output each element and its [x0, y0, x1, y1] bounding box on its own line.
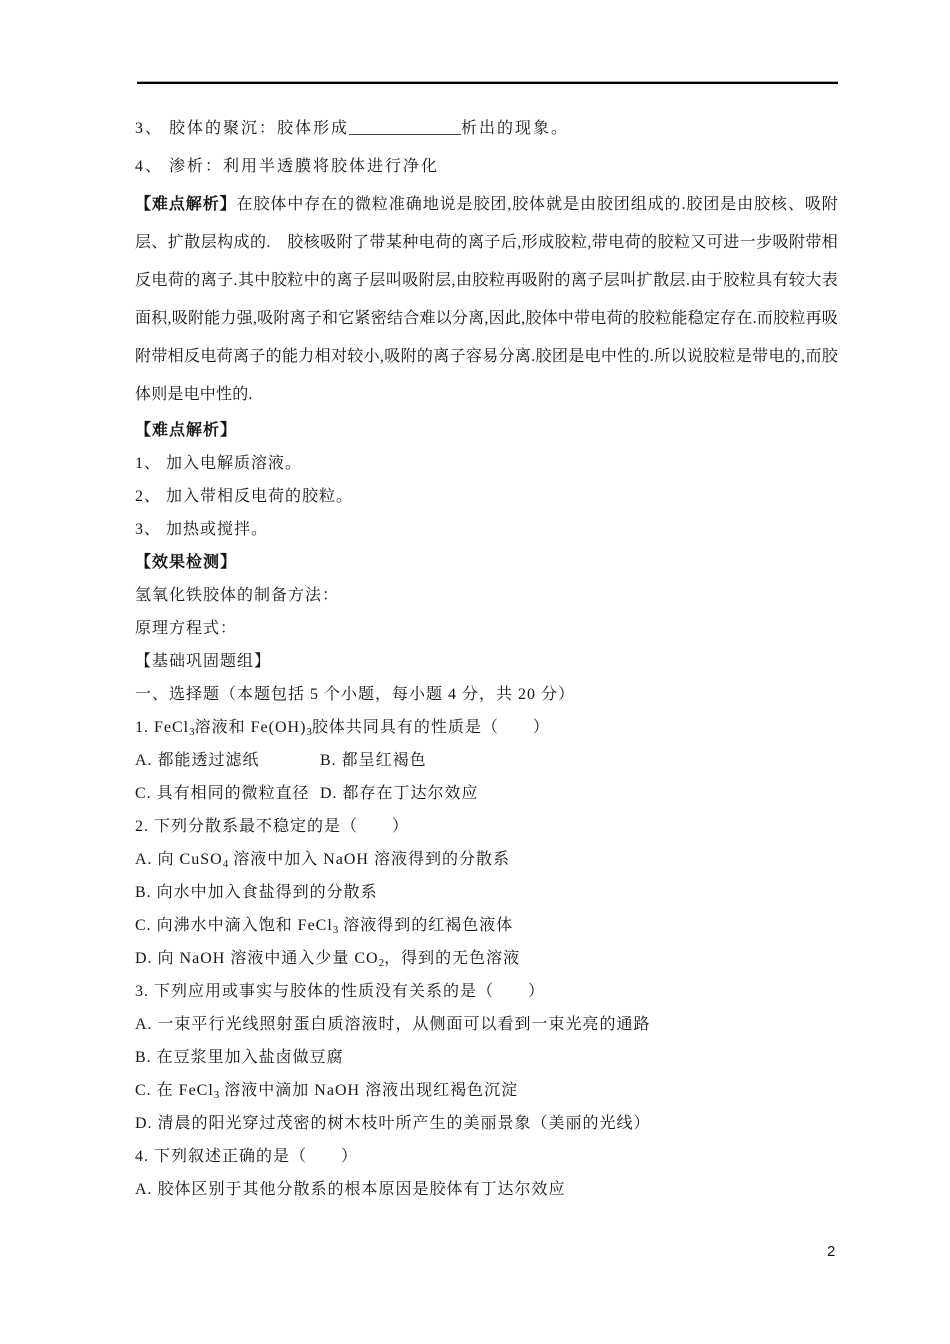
choice-section-title: 一、选择题（本题包括 5 个小题，每小题 4 分，共 20 分） — [135, 678, 838, 711]
question-2-option-d: D. 向 NaOH 溶液中通入少量 CO2，得到的无色溶液 — [135, 942, 838, 975]
list-item-dialysis: 4、 渗析：利用半透膜将胶体进行净化 — [135, 148, 838, 186]
difficulty-note-label: 【难点解析】 — [135, 196, 237, 213]
coagulation-method-3: 3、 加热或搅拌。 — [135, 513, 838, 546]
question-2-option-d-pre: D. 向 NaOH 溶液中通入少量 CO — [135, 950, 379, 967]
question-1-options-row-cd: C. 具有相同的微粒直径 D. 都存在丁达尔效应 — [135, 777, 838, 810]
question-3-option-c-pre: C. 在 FeCl — [135, 1082, 214, 1099]
question-2-stem: 2. 下列分散系最不稳定的是（ ） — [135, 810, 838, 843]
question-3-option-d: D. 清晨的阳光穿过茂密的树木枝叶所产生的美丽景象（美丽的光线） — [135, 1107, 838, 1140]
question-1-option-b: B. 都呈红褐色 — [320, 744, 427, 777]
question-1-option-a: A. 都能透过滤纸 — [135, 744, 320, 777]
question-4-option-a: A. 胶体区别于其他分散系的根本原因是胶体有丁达尔效应 — [135, 1173, 838, 1206]
question-2-option-a-pre: A. 向 CuSO — [135, 851, 223, 868]
question-3-option-c-post: 溶液中滴加 NaOH 溶液出现红褐色沉淀 — [219, 1082, 518, 1099]
principle-equation-line: 原理方程式： — [135, 612, 838, 645]
coagulation-method-1: 1、 加入电解质溶液。 — [135, 447, 838, 480]
difficulty-analysis-note: 【难点解析】在胶体中存在的微粒准确地说是胶团,胶体就是由胶团组成的.胶团是由胶核… — [135, 186, 838, 414]
question-1-option-d: D. 都存在丁达尔效应 — [320, 777, 479, 810]
question-2-option-c-post: 溶液得到的红褐色液体 — [338, 917, 513, 934]
page-number: 2 — [827, 1243, 835, 1260]
question-3-option-a: A. 一束平行光线照射蛋白质溶液时，从侧面可以看到一束光亮的通路 — [135, 1008, 838, 1041]
question-3-option-c: C. 在 FeCl3 溶液中滴加 NaOH 溶液出现红褐色沉淀 — [135, 1074, 838, 1107]
effect-check-header: 【效果检测】 — [135, 546, 838, 579]
question-2-option-c-pre: C. 向沸水中滴入饱和 FeCl — [135, 917, 333, 934]
page-content: 3、 胶体的聚沉：胶体形成______________析出的现象。 4、 渗析：… — [135, 110, 838, 1206]
question-2-option-d-post: ，得到的无色溶液 — [384, 950, 520, 967]
question-3-stem: 3. 下列应用或事实与胶体的性质没有关系的是（ ） — [135, 975, 838, 1008]
question-3-option-b: B. 在豆浆里加入盐卤做豆腐 — [135, 1041, 838, 1074]
question-1-options-row-ab: A. 都能透过滤纸 B. 都呈红褐色 — [135, 744, 838, 777]
list-item-coagulation-definition: 3、 胶体的聚沉：胶体形成______________析出的现象。 — [135, 110, 838, 148]
question-1-stem-post: 胶体共同具有的性质是（ ） — [312, 719, 550, 736]
question-2-option-c: C. 向沸水中滴入饱和 FeCl3 溶液得到的红褐色液体 — [135, 909, 838, 942]
coagulation-definition-post: 析出的现象。 — [461, 120, 569, 137]
coagulation-definition-pre: 3、 胶体的聚沉：胶体形成 — [135, 120, 349, 137]
difficulty-note-body: 在胶体中存在的微粒准确地说是胶团,胶体就是由胶团组成的.胶团是由胶核、吸附层、扩… — [135, 196, 838, 403]
question-1-stem: 1. FeCl3溶液和 Fe(OH)3胶体共同具有的性质是（ ） — [135, 711, 838, 744]
question-1-stem-mid: 溶液和 Fe(OH) — [195, 719, 307, 736]
coagulation-method-2: 2、 加入带相反电荷的胶粒。 — [135, 480, 838, 513]
worksheet-page: 3、 胶体的聚沉：胶体形成______________析出的现象。 4、 渗析：… — [0, 0, 950, 1344]
difficulty-analysis-header: 【难点解析】 — [135, 414, 838, 447]
question-4-stem: 4. 下列叙述正确的是（ ） — [135, 1140, 838, 1173]
question-2-option-b: B. 向水中加入食盐得到的分散系 — [135, 876, 838, 909]
basic-consolidation-header: 【基础巩固题组】 — [135, 645, 838, 678]
question-1-stem-pre: 1. FeCl — [135, 719, 189, 736]
fill-in-blank: ______________ — [349, 120, 461, 137]
preparation-method-line: 氢氧化铁胶体的制备方法： — [135, 579, 838, 612]
question-2-option-a-post: 溶液中加入 NaOH 溶液得到的分散系 — [228, 851, 510, 868]
question-2-option-a: A. 向 CuSO4 溶液中加入 NaOH 溶液得到的分散系 — [135, 843, 838, 876]
question-1-option-c: C. 具有相同的微粒直径 — [135, 777, 320, 810]
header-rule — [137, 81, 838, 84]
